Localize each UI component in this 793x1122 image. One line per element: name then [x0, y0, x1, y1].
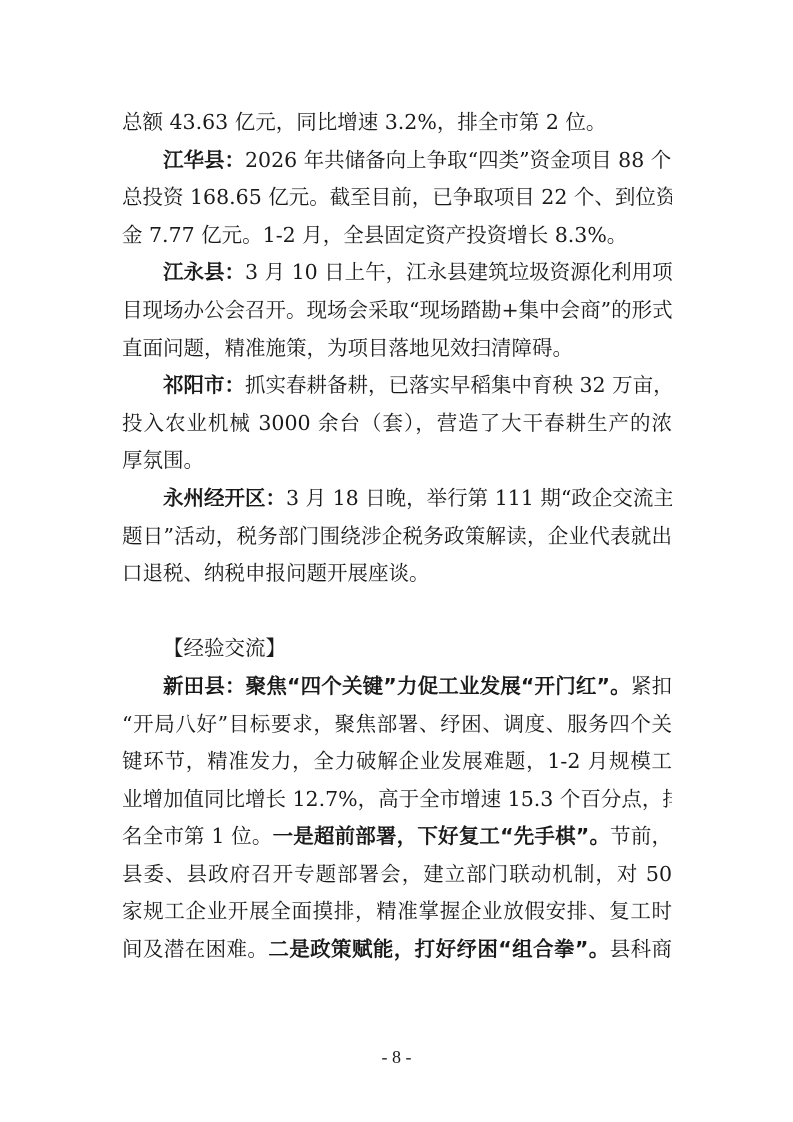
paragraph-line: 名全市第 1 位。一是超前部署，下好复工“先手棋”。节前，: [122, 818, 672, 856]
county-label: 新田县：: [163, 674, 246, 698]
paragraph-line: 金 7.77 亿元。1-2 月，全县固定资产投资增长 8.3%。: [122, 217, 672, 255]
county-label: 永州经开区：: [163, 486, 286, 510]
paragraph-qiyang: 祁阳市：抓实春耕备耕，已落实早稻集中育秧 32 万亩，: [122, 367, 672, 405]
paragraph-line: “开局八好”目标要求，聚焦部署、纾困、调度、服务四个关: [122, 706, 672, 744]
paragraph-line: 题日”活动，税务部门围绕涉企税务政策解读，企业代表就出: [122, 518, 672, 556]
document-page: 总额 43.63 亿元，同比增速 3.2%，排全市第 2 位。 江华县：2026…: [122, 104, 672, 969]
paragraph-line: 总额 43.63 亿元，同比增速 3.2%，排全市第 2 位。: [122, 104, 672, 142]
lead-title: 聚焦“四个关键”力促工业发展“开门红”。: [246, 674, 631, 698]
paragraph-xintian: 新田县：聚焦“四个关键”力促工业发展“开门红”。紧扣: [122, 668, 672, 706]
paragraph-line: 县委、县政府召开专题部署会，建立部门联动机制，对 50: [122, 856, 672, 894]
spacer: [122, 593, 672, 631]
point-two-title: 二是政策赋能，打好纾困“组合拳”。: [268, 937, 609, 961]
section-heading: 【经验交流】: [122, 630, 672, 668]
county-label: 江华县：: [163, 148, 245, 172]
paragraph-line: 家规工企业开展全面摸排，精准掌握企业放假安排、复工时: [122, 893, 672, 931]
paragraph-line: 投入农业机械 3000 余台（套），营造了大干春耕生产的浓: [122, 405, 672, 443]
paragraph-line: 目现场办公会召开。现场会采取“现场踏勘+集中会商”的形式，: [122, 292, 672, 330]
paragraph-line: 直面问题，精准施策，为项目落地见效扫清障碍。: [122, 330, 672, 368]
paragraph-line: 总投资 168.65 亿元。截至目前，已争取项目 22 个、到位资: [122, 179, 672, 217]
paragraph-line: 间及潜在困难。二是政策赋能，打好纾困“组合拳”。县科商: [122, 931, 672, 969]
paragraph-line: 厚氛围。: [122, 442, 672, 480]
paragraph-line: 口退税、纳税申报问题开展座谈。: [122, 555, 672, 593]
county-label: 祁阳市：: [163, 373, 245, 397]
paragraph-jiangyong: 江永县：3 月 10 日上午，江永县建筑垃圾资源化利用项: [122, 254, 672, 292]
page-number: - 8 -: [0, 1047, 793, 1068]
county-label: 江永县：: [163, 260, 245, 284]
paragraph-jianghua: 江华县：2026 年共储备向上争取“四类”资金项目 88 个，: [122, 142, 672, 180]
paragraph-yongzhou-econ-zone: 永州经开区：3 月 18 日晚，举行第 111 期“政企交流主: [122, 480, 672, 518]
paragraph-line: 键环节，精准发力，全力破解企业发展难题，1-2 月规模工: [122, 743, 672, 781]
point-one-title: 一是超前部署，下好复工“先手棋”。: [273, 824, 611, 848]
paragraph-line: 业增加值同比增长 12.7%，高于全市增速 15.3 个百分点，排: [122, 781, 672, 819]
